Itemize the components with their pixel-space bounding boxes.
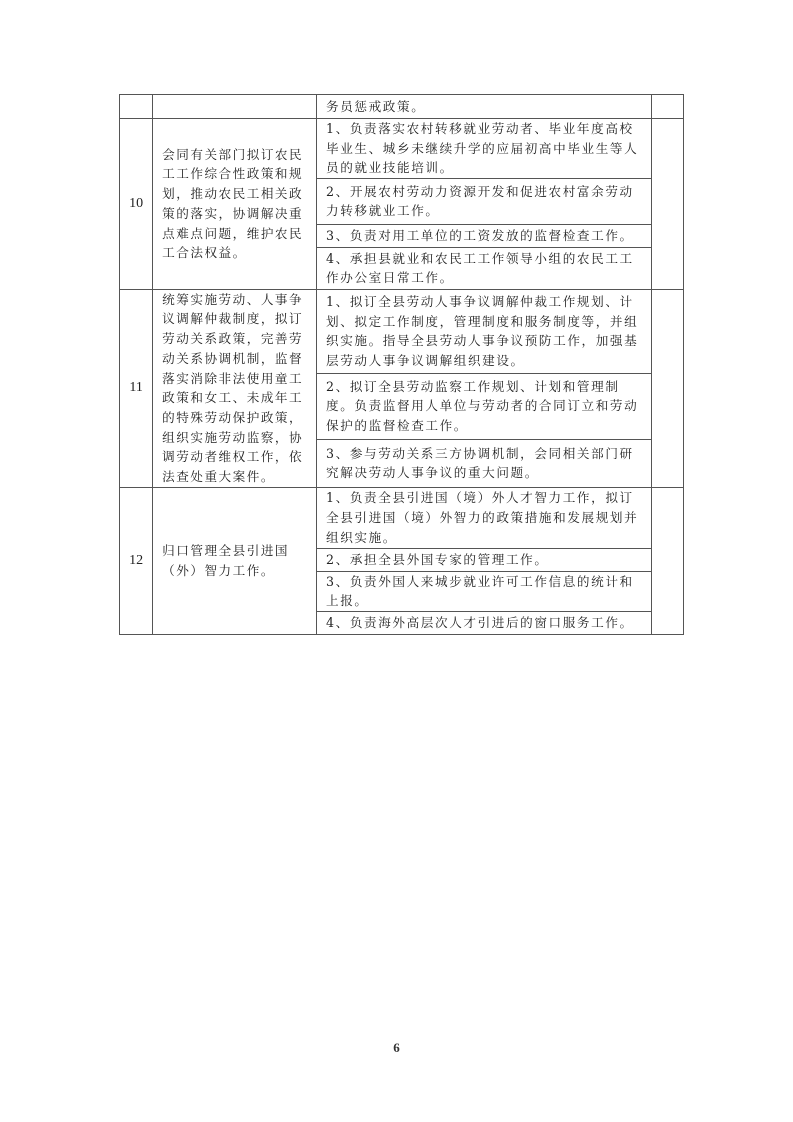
table-row-continued: 务员惩戒政策。: [120, 95, 684, 119]
task-item: 3、负责外国人来城步就业许可工作信息的统计和上报。: [317, 571, 652, 611]
task-item: 2、拟订全县劳动监察工作规划、计划和管理制度。负责监督用人单位与劳动者的合同订立…: [317, 373, 652, 439]
task-item: 1、负责落实农村转移就业劳动者、毕业年度高校毕业生、城乡未继续升学的应届初高中毕…: [317, 119, 652, 179]
page-number: 6: [0, 1040, 793, 1056]
task-item: 1、拟订全县劳动人事争议调解仲裁工作规划、计划、拟定工作制度，管理制度和服务制度…: [317, 289, 652, 373]
task-item: 1、负责全县引进国（境）外人才智力工作，拟订全县引进国（境）外智力的政策措施和发…: [317, 487, 652, 548]
row-number: 11: [120, 289, 153, 487]
table-row: 10 会同有关部门拟订农民工工作综合性政策和规划，推动农民工相关政策的落实，协调…: [120, 119, 684, 179]
remarks-cell: [651, 487, 683, 634]
responsibility-text: 统筹实施劳动、人事争议调解仲裁制度，拟订劳动关系政策，完善劳动关系协调机制，监督…: [153, 289, 317, 487]
task-item: 3、负责对用工单位的工资发放的监督检查工作。: [317, 224, 652, 247]
remarks-cell: [651, 119, 683, 290]
remarks-cell: [651, 289, 683, 487]
task-item: 4、负责海外高层次人才引进后的窗口服务工作。: [317, 612, 652, 635]
task-item: 2、承担全县外国专家的管理工作。: [317, 548, 652, 571]
task-item: 3、参与劳动关系三方协调机制，会同相关部门研究解决劳动人事争议的重大问题。: [317, 439, 652, 487]
table-row: 11 统筹实施劳动、人事争议调解仲裁制度，拟订劳动关系政策，完善劳动关系协调机制…: [120, 289, 684, 373]
remarks-cell: [651, 95, 683, 119]
task-cell: 务员惩戒政策。: [317, 95, 652, 119]
task-item: 4、承担县就业和农民工工作领导小组的农民工工作办公室日常工作。: [317, 247, 652, 289]
responsibility-text: 会同有关部门拟订农民工工作综合性政策和规划，推动农民工相关政策的落实，协调解决重…: [153, 119, 317, 290]
row-number: 12: [120, 487, 153, 634]
responsibility-cell: [153, 95, 317, 119]
task-item: 2、开展农村劳动力资源开发和促进农村富余劳动力转移就业工作。: [317, 178, 652, 224]
responsibilities-table: 务员惩戒政策。 10 会同有关部门拟订农民工工作综合性政策和规划，推动农民工相关…: [119, 94, 684, 635]
table-row: 12 归口管理全县引进国（外）智力工作。 1、负责全县引进国（境）外人才智力工作…: [120, 487, 684, 548]
responsibility-text: 归口管理全县引进国（外）智力工作。: [153, 487, 317, 634]
row-number: 10: [120, 119, 153, 290]
number-cell: [120, 95, 153, 119]
